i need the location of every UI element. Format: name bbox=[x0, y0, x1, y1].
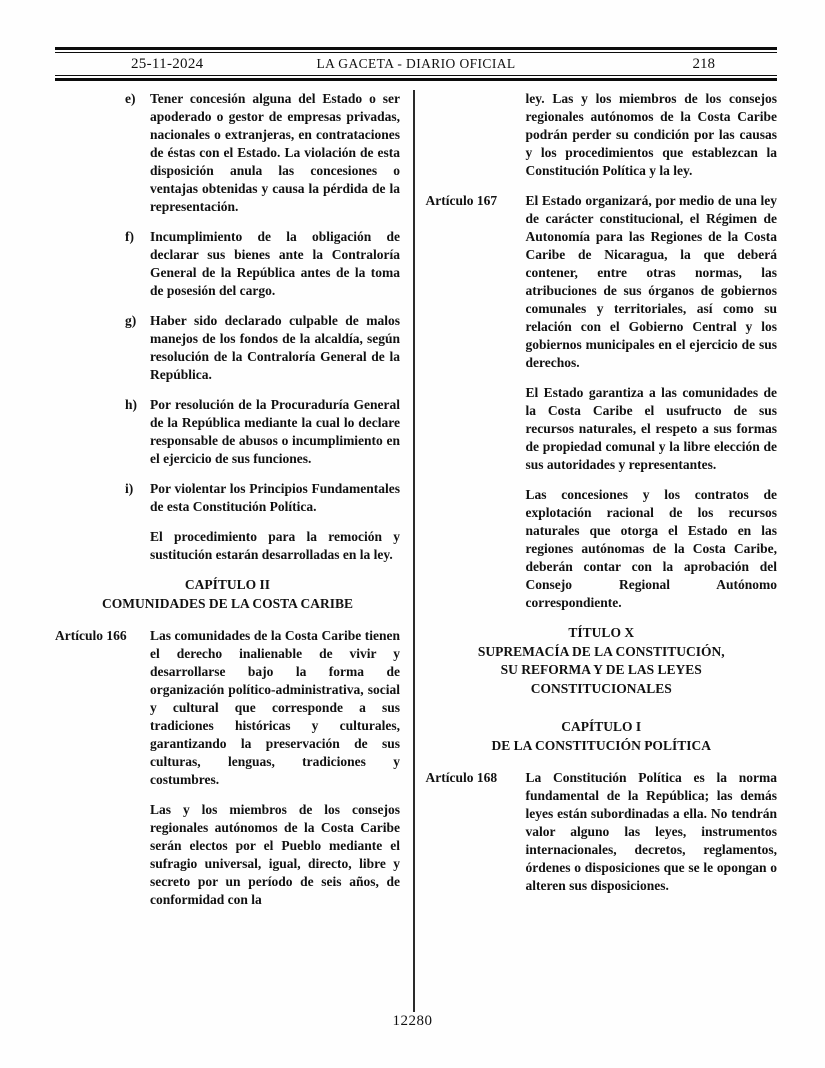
column-divider bbox=[413, 90, 415, 1012]
item-text: Incumplimiento de la obligación de decla… bbox=[150, 228, 400, 300]
article-paragraph: La Constitución Política es la norma fun… bbox=[526, 769, 778, 895]
article-166: Artículo 166 Las comunidades de la Costa… bbox=[55, 627, 400, 909]
title-heading-line: TÍTULO X bbox=[426, 624, 778, 643]
item-text: Haber sido declarado culpable de malos m… bbox=[150, 312, 400, 384]
chapter-heading-line: DE LA CONSTITUCIÓN POLÍTICA bbox=[426, 737, 778, 756]
item-text: Tener concesión alguna del Estado o ser … bbox=[150, 90, 400, 216]
list-item-e: e) Tener concesión alguna del Estado o s… bbox=[125, 90, 400, 216]
chapter-1-heading: CAPÍTULO I DE LA CONSTITUCIÓN POLÍTICA bbox=[426, 718, 778, 755]
chapter-2-heading: CAPÍTULO II COMUNIDADES DE LA COSTA CARI… bbox=[55, 576, 400, 613]
chapter-heading-line: CAPÍTULO I bbox=[426, 718, 778, 737]
masthead: 25-11-2024 LA GACETA - DIARIO OFICIAL 21… bbox=[55, 47, 777, 81]
list-item-i: i) Por violentar los Principios Fundamen… bbox=[125, 480, 400, 516]
article-paragraph: Las concesiones y los contratos de explo… bbox=[526, 486, 778, 612]
header-page-number: 218 bbox=[693, 56, 716, 73]
article-167: Artículo 167 El Estado organizará, por m… bbox=[426, 192, 778, 612]
article-paragraph: Las y los miembros de los consejos regio… bbox=[150, 801, 400, 909]
article-paragraph: Las comunidades de la Costa Caribe tiene… bbox=[150, 627, 400, 789]
top-rule-thick bbox=[55, 47, 777, 50]
title-heading-line: SU REFORMA Y DE LAS LEYES bbox=[426, 661, 778, 680]
masthead-row: 25-11-2024 LA GACETA - DIARIO OFICIAL 21… bbox=[55, 53, 777, 75]
item-text: Por resolución de la Procuraduría Genera… bbox=[150, 396, 400, 468]
title-heading-line: CONSTITUCIONALES bbox=[426, 680, 778, 699]
list-item-h: h) Por resolución de la Procuraduría Gen… bbox=[125, 396, 400, 468]
article-paragraph: El Estado organizará, por medio de una l… bbox=[526, 192, 778, 372]
two-column-body: e) Tener concesión alguna del Estado o s… bbox=[55, 90, 777, 1012]
item-marker: i) bbox=[125, 480, 150, 516]
list-item-g: g) Haber sido declarado culpable de malo… bbox=[125, 312, 400, 384]
article-168: Artículo 168 La Constitución Política es… bbox=[426, 769, 778, 895]
item-marker: e) bbox=[125, 90, 150, 216]
article-label: Artículo 167 bbox=[426, 192, 526, 612]
article-body: Las comunidades de la Costa Caribe tiene… bbox=[150, 627, 400, 909]
title-heading-line: SUPREMACÍA DE LA CONSTITUCIÓN, bbox=[426, 643, 778, 662]
article-paragraph: El Estado garantiza a las comunidades de… bbox=[526, 384, 778, 474]
folio-number: 12280 bbox=[0, 1013, 825, 1030]
title-10-heading: TÍTULO X SUPREMACÍA DE LA CONSTITUCIÓN, … bbox=[426, 624, 778, 698]
right-column: ley. Las y los miembros de los consejos … bbox=[426, 90, 778, 1012]
chapter-heading-line: CAPÍTULO II bbox=[55, 576, 400, 595]
article-body: El Estado organizará, por medio de una l… bbox=[526, 192, 778, 612]
continuation-paragraph: ley. Las y los miembros de los consejos … bbox=[526, 90, 778, 180]
item-marker: h) bbox=[125, 396, 150, 468]
closing-paragraph: El procedimiento para la remoción y sust… bbox=[150, 528, 400, 564]
article-label: Artículo 166 bbox=[55, 627, 150, 909]
gazette-title: LA GACETA - DIARIO OFICIAL bbox=[55, 56, 777, 72]
item-marker: f) bbox=[125, 228, 150, 300]
article-label: Artículo 168 bbox=[426, 769, 526, 895]
header-rule-thick bbox=[55, 78, 777, 81]
article-body: La Constitución Política es la norma fun… bbox=[526, 769, 778, 895]
chapter-heading-line: COMUNIDADES DE LA COSTA CARIBE bbox=[55, 595, 400, 614]
left-column: e) Tener concesión alguna del Estado o s… bbox=[55, 90, 400, 1012]
gazette-page: 25-11-2024 LA GACETA - DIARIO OFICIAL 21… bbox=[0, 0, 825, 1068]
list-item-f: f) Incumplimiento de la obligación de de… bbox=[125, 228, 400, 300]
header-rule-thin bbox=[55, 75, 777, 76]
item-text: Por violentar los Principios Fundamental… bbox=[150, 480, 400, 516]
item-marker: g) bbox=[125, 312, 150, 384]
